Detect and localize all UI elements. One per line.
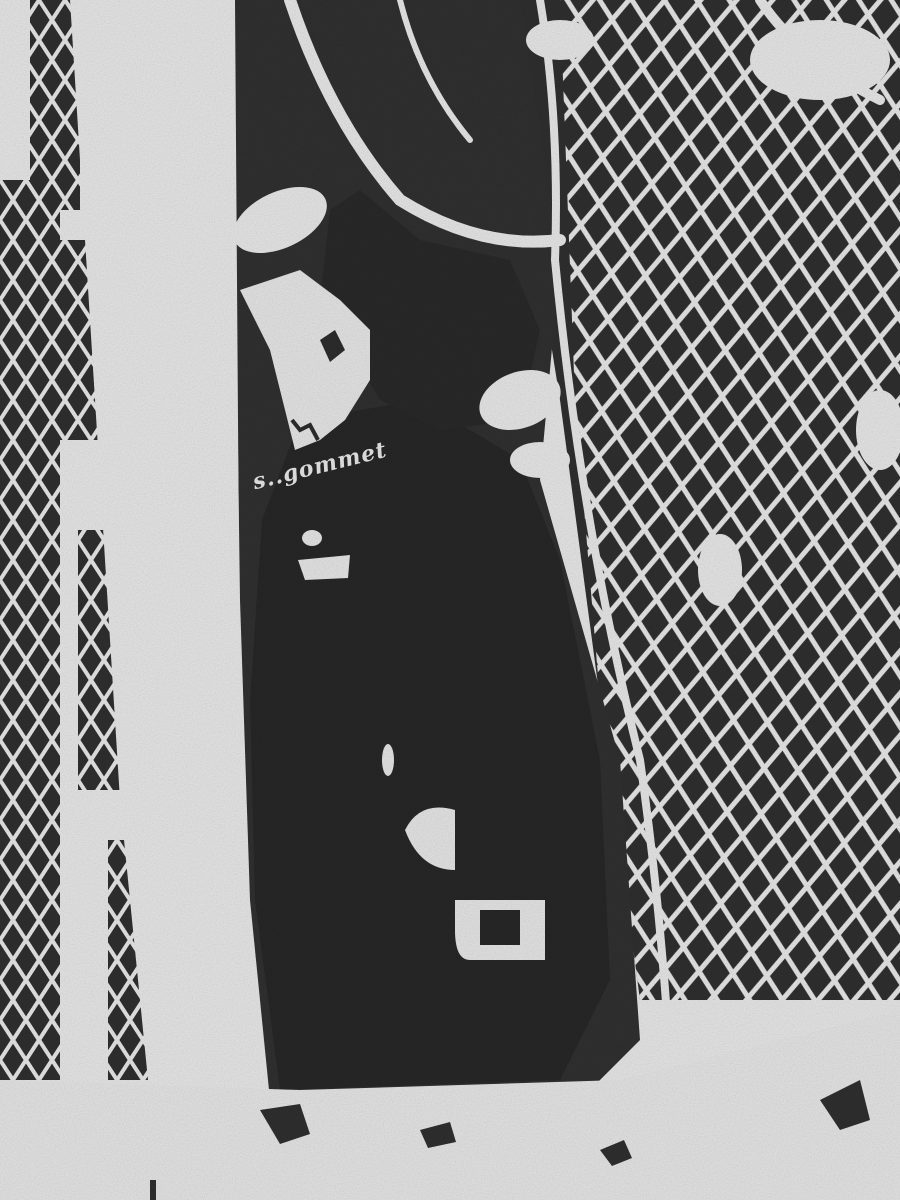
figure-coat (250, 400, 610, 1090)
scene (0, 0, 900, 1200)
photo: s..gommet (0, 0, 900, 1200)
